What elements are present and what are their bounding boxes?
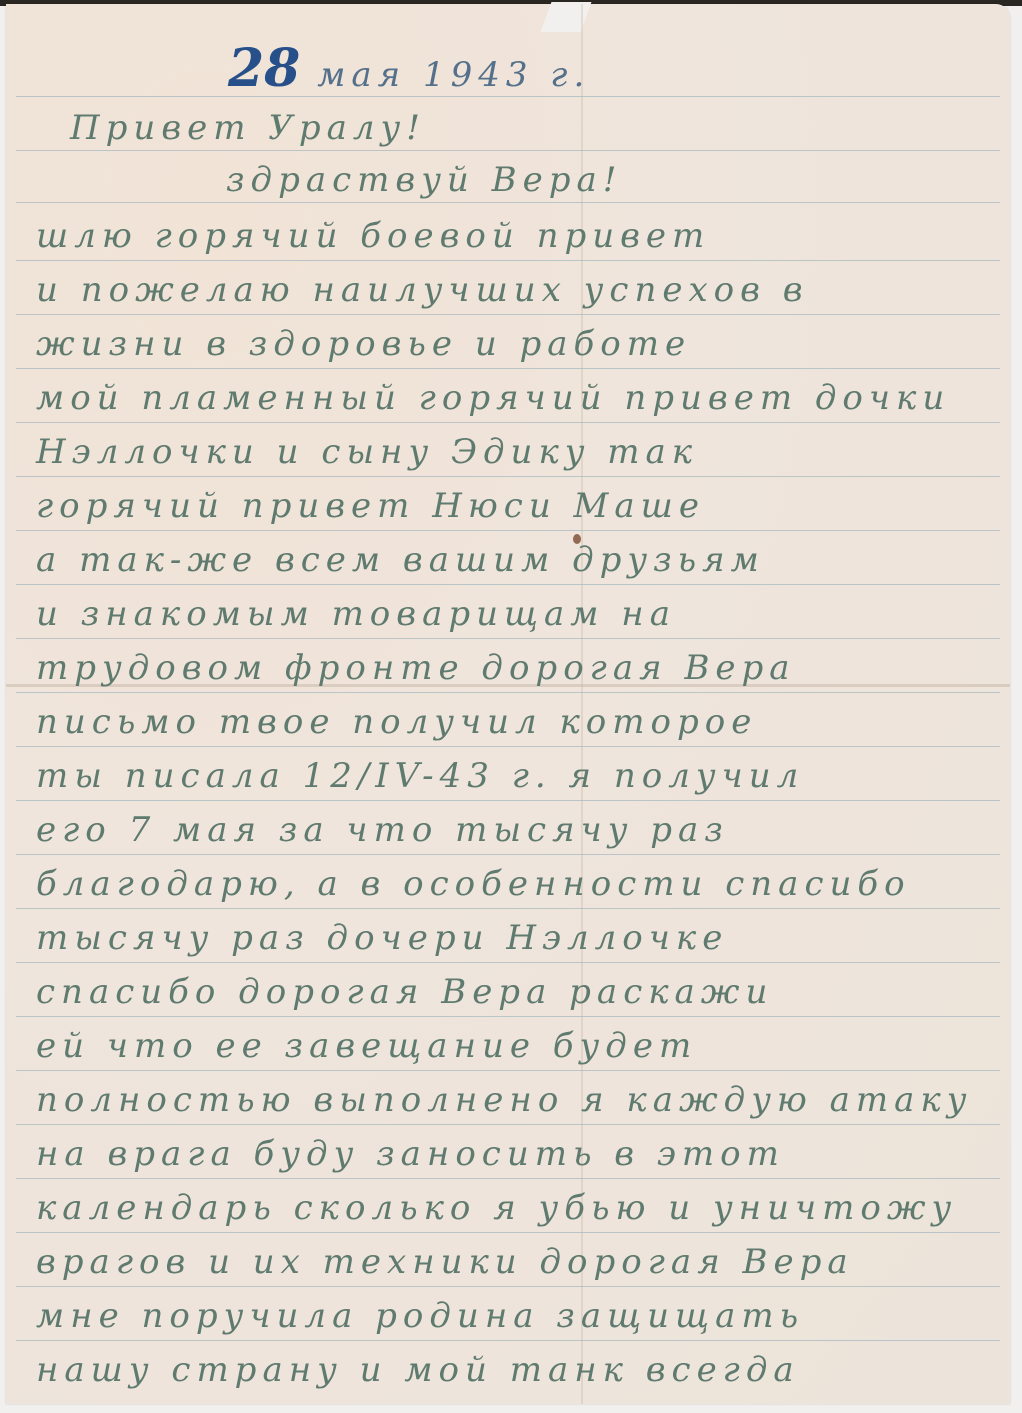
date-month-year: мая 1943 г. — [317, 55, 590, 95]
ruled-line — [16, 260, 1000, 261]
letter-line: врагов и их техники дорогая Вера — [36, 1242, 854, 1282]
letter-line: нашу страну и мой танк всегда — [36, 1350, 800, 1390]
letter-line: ты писала 12/IV-43 г. я получил — [36, 756, 804, 796]
letter-date: 28 мая 1943 г. — [228, 38, 590, 99]
ruled-line — [16, 746, 1000, 747]
ruled-line — [16, 530, 1000, 531]
ruled-line — [16, 908, 1000, 909]
ruled-line — [16, 1124, 1000, 1125]
letter-line: шлю горячий боевой привет — [36, 216, 710, 256]
ruled-line — [16, 368, 1000, 369]
ruled-line — [16, 638, 1000, 639]
letter-line: благодарю, а в особенности спасибо — [36, 864, 911, 904]
letter-line: Нэллочки и сыну Эдику так — [36, 432, 698, 472]
letter-line: горячий привет Нюси Маше — [36, 486, 705, 526]
ruled-line — [16, 1070, 1000, 1071]
letter-line: его 7 мая за что тысячу раз — [36, 810, 729, 850]
ruled-line — [16, 314, 1000, 315]
letter-line: календарь сколько я убью и уничтожу — [36, 1188, 957, 1228]
ruled-line — [16, 692, 1000, 693]
ruled-line — [16, 1286, 1000, 1287]
letter-line: трудовом фронте дорогая Вера — [36, 648, 796, 688]
greeting-ural: Привет Уралу! — [70, 108, 426, 148]
ruled-line — [16, 1232, 1000, 1233]
ruled-line — [16, 584, 1000, 585]
letter-line: мне поручила родина защищать — [36, 1296, 804, 1336]
ruled-line — [16, 1178, 1000, 1179]
ruled-line — [16, 962, 1000, 963]
letter-line: спасибо дорогая Вера раскажи — [36, 972, 773, 1012]
letter-line: жизни в здоровье и работе — [36, 324, 691, 364]
letter-line: и пожелаю наилучших успехов в — [36, 270, 809, 310]
letter-line: а так-же всем вашим друзьям — [36, 540, 765, 580]
ruled-line — [16, 476, 1000, 477]
letter-line: на врага буду заносить в этот — [36, 1134, 785, 1174]
torn-notch — [541, 2, 592, 32]
ruled-line — [16, 422, 1000, 423]
letter-line: ей что ее завещание будет — [36, 1026, 697, 1066]
ruled-line — [16, 150, 1000, 151]
ruled-line — [16, 1340, 1000, 1341]
date-day: 28 — [228, 38, 300, 99]
letter-line: письмо твое получил которое — [36, 702, 757, 742]
letter-sheet: 28 мая 1943 г. Привет Уралу! здраствуй В… — [6, 4, 1010, 1404]
letter-line: тысячу раз дочери Нэллочке — [36, 918, 728, 958]
letter-line: полностью выполнено я каждую атаку — [36, 1080, 972, 1120]
ruled-line — [16, 800, 1000, 801]
greeting-vera: здраствуй Вера! — [226, 160, 622, 200]
ruled-line — [16, 854, 1000, 855]
ruled-line — [16, 1016, 1000, 1017]
ruled-line — [16, 202, 1000, 203]
letter-line: и знакомым товарищам на — [36, 594, 676, 634]
letter-line: мой пламенный горячий привет дочки — [36, 378, 950, 418]
